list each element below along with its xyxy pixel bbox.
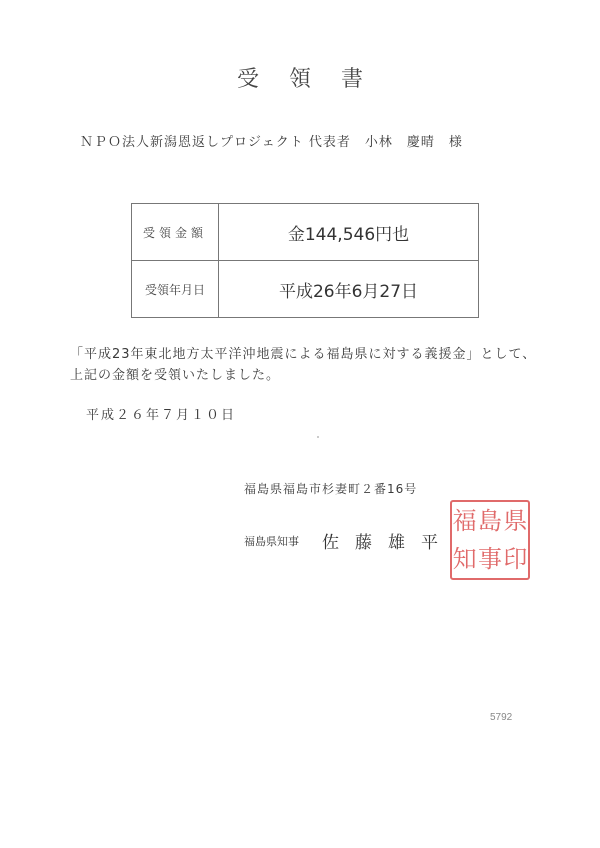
document-title: 受領書 xyxy=(0,62,600,93)
amount-label: 受領金額 xyxy=(132,204,219,261)
seal-char: 知 xyxy=(452,540,477,578)
amount-value: 金144,546円也 xyxy=(219,204,479,261)
seal-char: 印 xyxy=(503,540,528,578)
issuer-title: 福島県知事 xyxy=(244,533,299,549)
table-row-amount: 受領金額 金144,546円也 xyxy=(132,204,479,261)
issuer-address: 福島県福島市杉妻町２番16号 xyxy=(244,480,417,497)
seal-char: 事 xyxy=(477,540,502,578)
receipt-date-value: 平成26年6月27日 xyxy=(219,261,479,318)
seal-char: 県 xyxy=(503,502,528,540)
issuer-name: 佐藤雄平 xyxy=(322,528,454,553)
document-number: 5792 xyxy=(490,712,512,723)
body-text: 「平成23年東北地方太平洋沖地震による福島県に対する義援金」として、 上記の金額… xyxy=(70,344,536,386)
receipt-table: 受領金額 金144,546円也 受領年月日 平成26年6月27日 xyxy=(131,203,479,318)
receipt-date-label: 受領年月日 xyxy=(132,261,219,318)
body-line-2: 上記の金額を受領いたしました。 xyxy=(70,365,536,386)
scan-speck xyxy=(317,436,319,438)
issue-date: 平成２６年７月１０日 xyxy=(86,404,236,423)
body-line-1: 「平成23年東北地方太平洋沖地震による福島県に対する義援金」として、 xyxy=(70,344,536,365)
seal-char: 福 xyxy=(452,502,477,540)
seal-char: 島 xyxy=(477,502,502,540)
table-row-date: 受領年月日 平成26年6月27日 xyxy=(132,261,479,318)
official-seal-icon: 県 印 島 事 福 知 xyxy=(450,500,530,580)
amount-label-text: 受領金額 xyxy=(143,226,207,240)
addressee: ＮＰＯ法人新潟恩返しプロジェクト 代表者 小林 慶晴 様 xyxy=(80,131,463,150)
